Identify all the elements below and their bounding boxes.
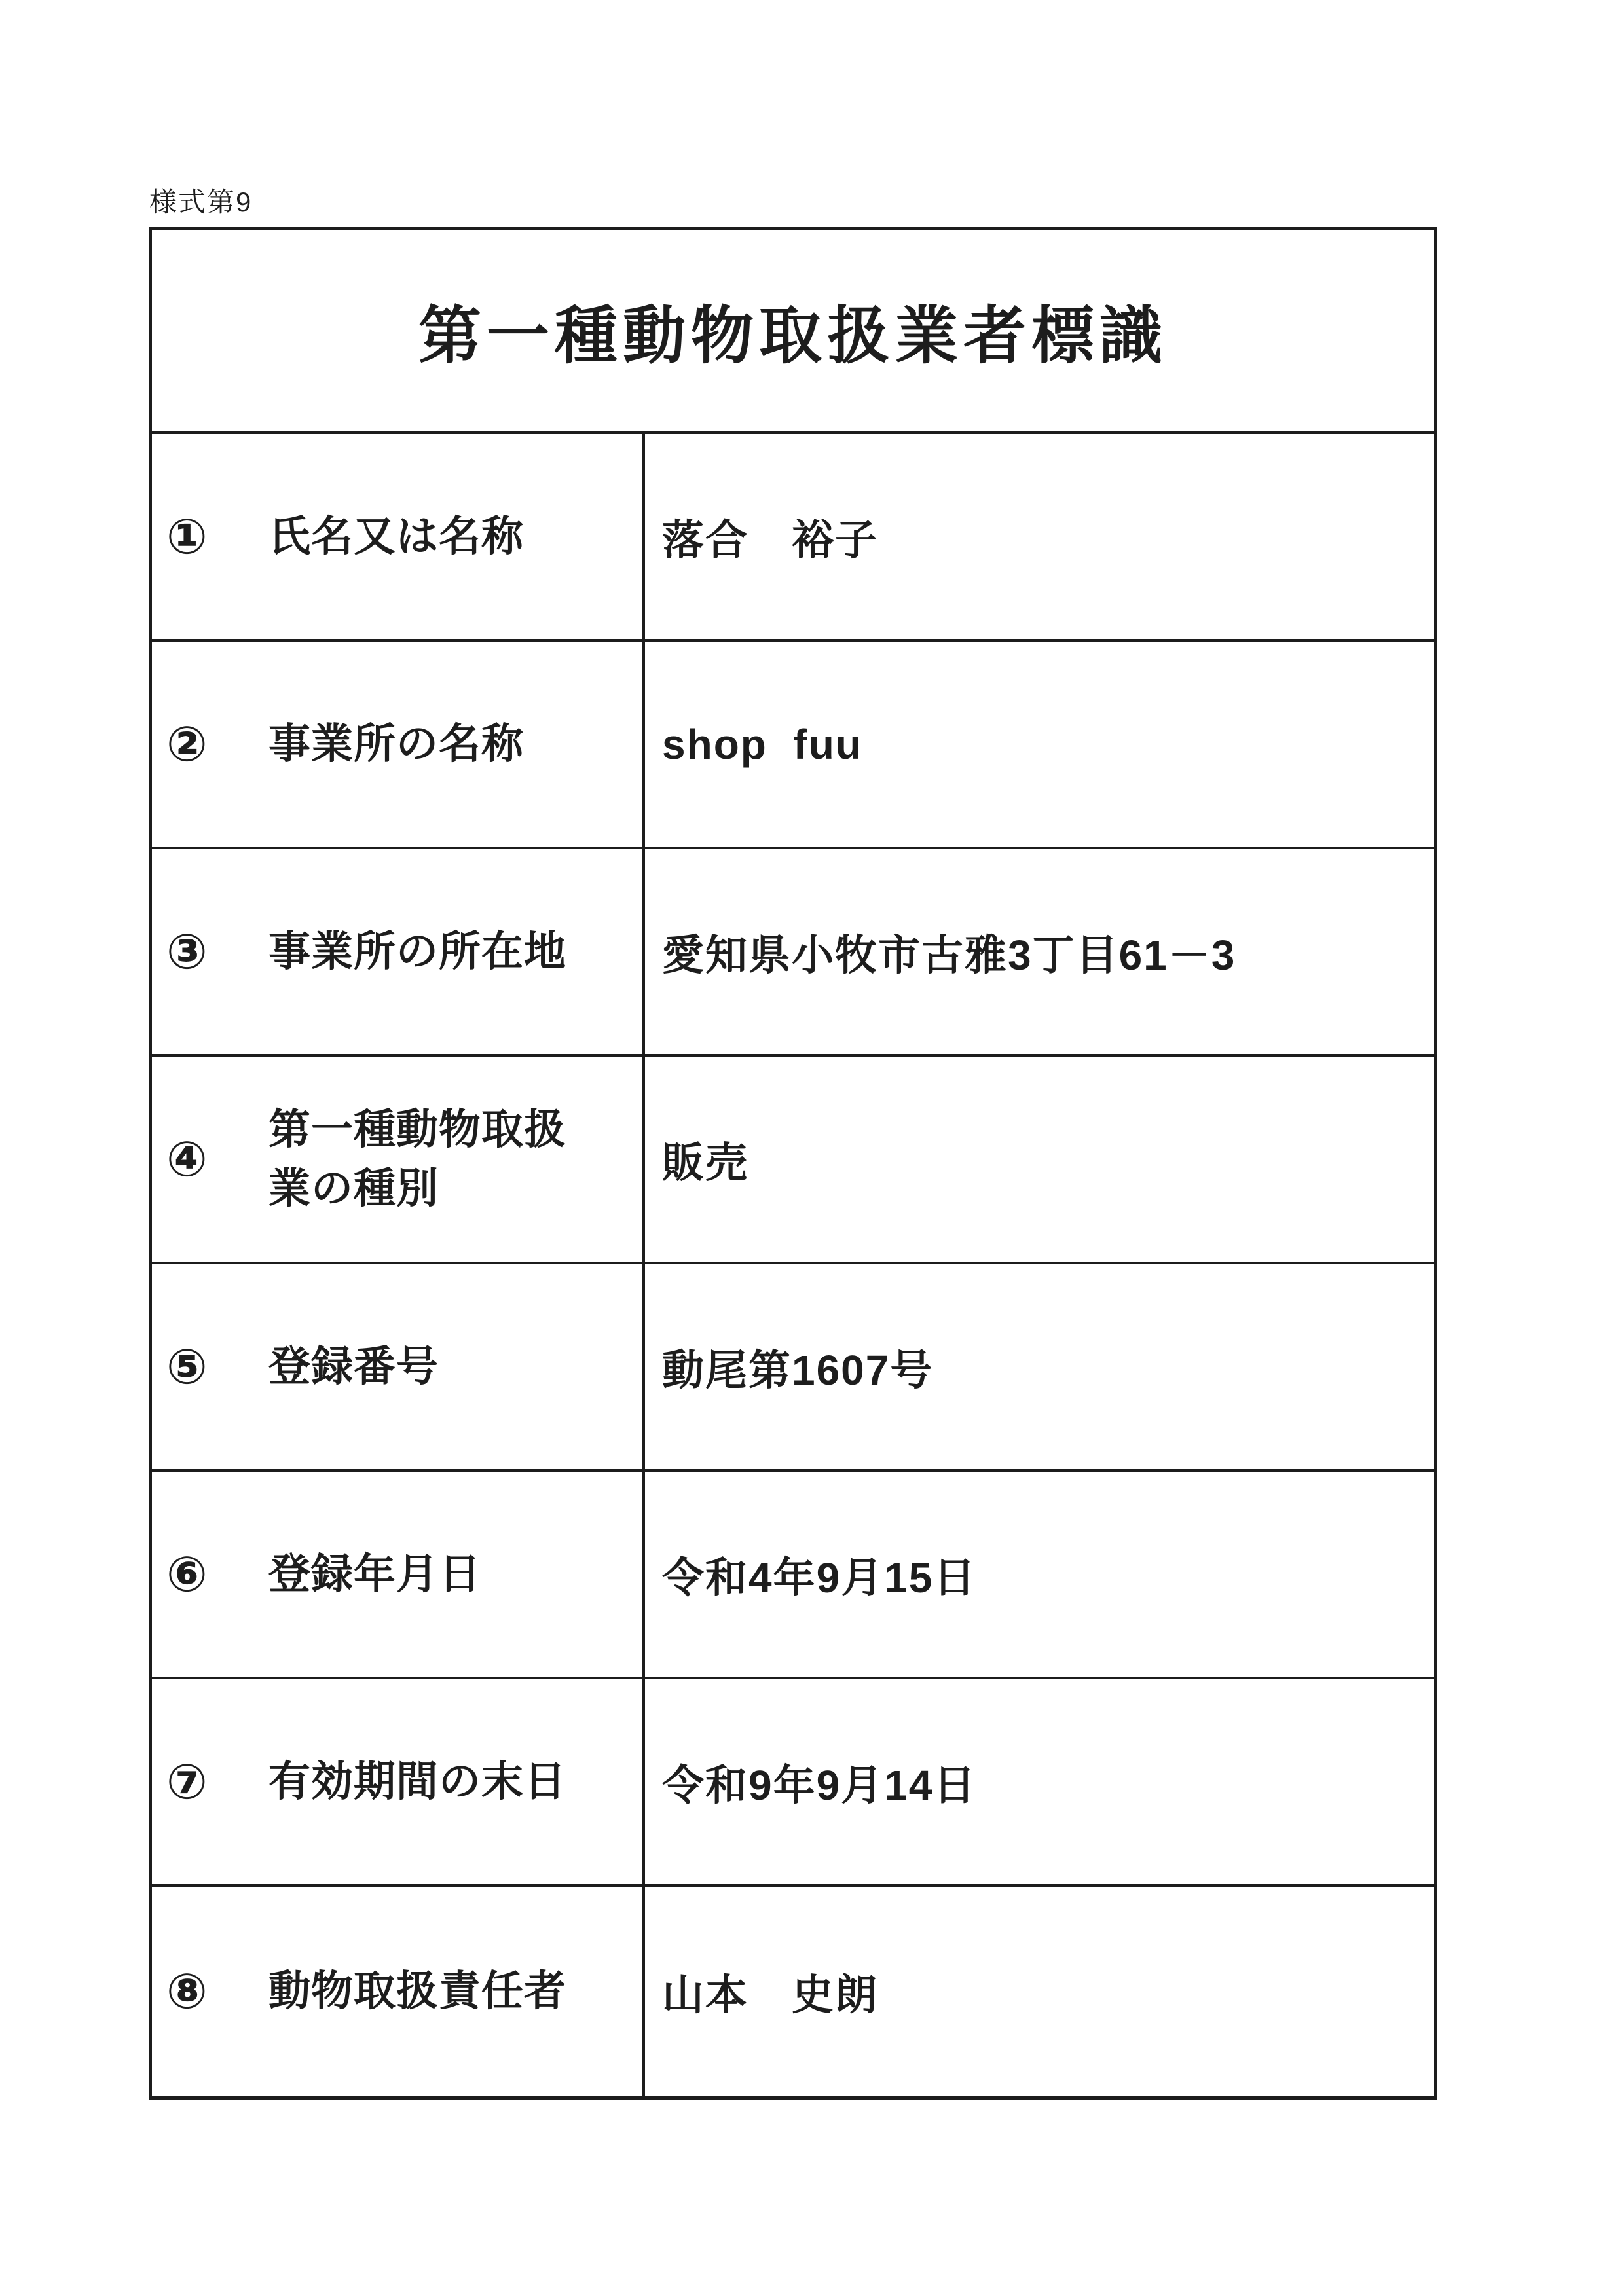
row-number-4: ④: [166, 1131, 232, 1188]
row-label: 登録番号: [268, 1338, 583, 1396]
row-label: 氏名又は名称: [268, 507, 583, 566]
row-number-1: ①: [166, 509, 232, 565]
row-value: 山本 史朗: [645, 1887, 1434, 2096]
row-label: 動物取扱責任者: [268, 1962, 583, 2021]
sign-title: 第一種動物取扱業者標識: [418, 286, 1168, 376]
row-number-6: ⑥: [166, 1546, 232, 1603]
row-label: 事業所の所在地: [268, 922, 583, 981]
table-row-name: ① 氏名又は名称 落合 裕子: [152, 434, 1434, 642]
row-label: 第一種動物取扱業の種別: [268, 1101, 583, 1218]
row-label: 有効期間の末日: [268, 1753, 583, 1812]
row-number-8: ⑧: [166, 1963, 232, 2020]
row-number-3: ③: [166, 924, 232, 980]
table-row-office-name: ② 事業所の名称 shop fuu: [152, 642, 1434, 849]
row-number-7: ⑦: [166, 1754, 232, 1810]
row-number-5: ⑤: [166, 1339, 232, 1395]
form-code-label: 様式第9: [149, 181, 252, 220]
label-cell: ③ 事業所の所在地: [152, 849, 645, 1054]
label-cell: ② 事業所の名称: [152, 642, 645, 847]
row-value: shop fuu: [645, 642, 1434, 847]
row-label: 事業所の名称: [268, 715, 583, 774]
table-row-expiry-date: ⑦ 有効期間の末日 令和9年9月14日: [152, 1679, 1434, 1887]
row-value: 愛知県小牧市古雅3丁目61－3: [645, 849, 1434, 1054]
label-cell: ⑤ 登録番号: [152, 1264, 645, 1469]
table-row-business-type: ④ 第一種動物取扱業の種別 販売: [152, 1057, 1434, 1264]
row-value: 動尾第1607号: [645, 1264, 1434, 1469]
row-value: 令和4年9月15日: [645, 1472, 1434, 1677]
label-cell: ⑥ 登録年月日: [152, 1472, 645, 1677]
animal-handler-sign-table: 第一種動物取扱業者標識 ① 氏名又は名称 落合 裕子 ② 事業所の名称 shop…: [149, 227, 1437, 2100]
row-value: 令和9年9月14日: [645, 1679, 1434, 1884]
table-row-registration-number: ⑤ 登録番号 動尾第1607号: [152, 1264, 1434, 1472]
row-number-2: ②: [166, 716, 232, 773]
row-value: 落合 裕子: [645, 434, 1434, 639]
table-row-responsible-person: ⑧ 動物取扱責任者 山本 史朗: [152, 1887, 1434, 2096]
label-cell: ⑦ 有効期間の末日: [152, 1679, 645, 1884]
table-row-office-address: ③ 事業所の所在地 愛知県小牧市古雅3丁目61－3: [152, 849, 1434, 1057]
label-cell: ① 氏名又は名称: [152, 434, 645, 639]
table-row-registration-date: ⑥ 登録年月日 令和4年9月15日: [152, 1472, 1434, 1679]
label-cell: ⑧ 動物取扱責任者: [152, 1887, 645, 2096]
row-label: 登録年月日: [268, 1545, 583, 1604]
row-value: 販売: [645, 1057, 1434, 1262]
sign-title-row: 第一種動物取扱業者標識: [152, 230, 1434, 434]
label-cell: ④ 第一種動物取扱業の種別: [152, 1057, 645, 1262]
